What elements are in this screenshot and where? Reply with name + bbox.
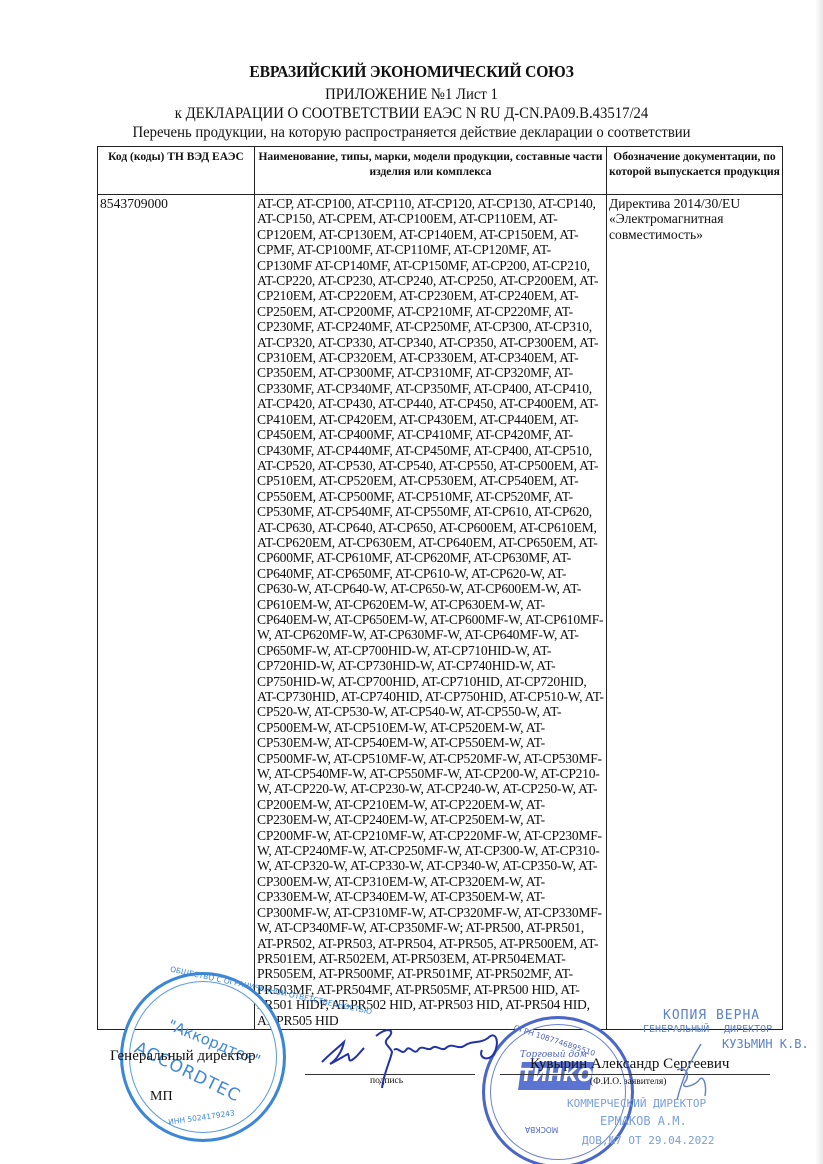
- signature-scribble: [318, 1022, 508, 1092]
- copy-stamp-name-2: ЕРМАКОВ А.М.: [600, 1114, 687, 1128]
- declaration-number: к ДЕКЛАРАЦИИ О СООТВЕТСТВИИ ЕАЭС N RU Д-…: [33, 105, 790, 123]
- list-subtitle: Перечень продукции, на которую распростр…: [33, 124, 790, 142]
- copy-stamp-position-2: ДИРЕКТОР: [724, 1024, 772, 1035]
- copy-stamp-position: ГЕНЕРАЛЬНЫЙ: [643, 1024, 709, 1035]
- seal-label: МП: [150, 1089, 173, 1105]
- copy-stamp-name: КУЗЬМИН К.В.: [722, 1037, 809, 1051]
- documentation-cell: Директива 2014/30/EU «Электромагнитная с…: [607, 195, 783, 1030]
- copy-stamp-title: КОПИЯ ВЕРНА: [663, 1008, 760, 1023]
- trade-stamp-city: МОСКВА: [525, 1125, 558, 1134]
- union-title: ЕВРАЗИЙСКИЙ ЭКОНОМИЧЕСКИЙ СОЮЗ: [33, 62, 790, 82]
- applicant-name-line: [500, 1074, 770, 1075]
- copy-stamp-power-of-attorney: ДОВ,№7 ОТ 29.04.2022: [582, 1134, 714, 1147]
- models-cell: AT-CP, AT-CP100, AT-CP110, AT-CP120, AT-…: [255, 195, 607, 1030]
- hs-code-cell: 8543709000: [98, 195, 255, 1030]
- column-header-documentation: Обозначение документации, по которой вып…: [607, 147, 783, 195]
- documentation-line: «Электромагнитная: [609, 211, 780, 226]
- column-header-models: Наименование, типы, марки, модели продук…: [255, 147, 607, 195]
- position-label: Генеральный директор: [110, 1048, 256, 1065]
- column-header-code: Код (коды) ТН ВЭД ЕАЭС: [98, 147, 255, 195]
- page-edge-shadow: [815, 0, 823, 1164]
- documentation-line: Директива 2014/30/EU: [609, 196, 780, 211]
- documentation-line: совместимость»: [609, 227, 780, 242]
- table-header-row: Код (коды) ТН ВЭД ЕАЭС Наименование, тип…: [98, 147, 783, 195]
- products-table: Код (коды) ТН ВЭД ЕАЭС Наименование, тип…: [97, 146, 783, 1030]
- table-row: 8543709000 AT-CP, AT-CP100, AT-CP110, AT…: [98, 195, 783, 1030]
- copy-stamp-position-3: КОММЕРЧЕСКИЙ ДИРЕКТОР: [567, 1097, 706, 1110]
- appendix-title: ПРИЛОЖЕНИЕ №1 Лист 1: [33, 86, 790, 104]
